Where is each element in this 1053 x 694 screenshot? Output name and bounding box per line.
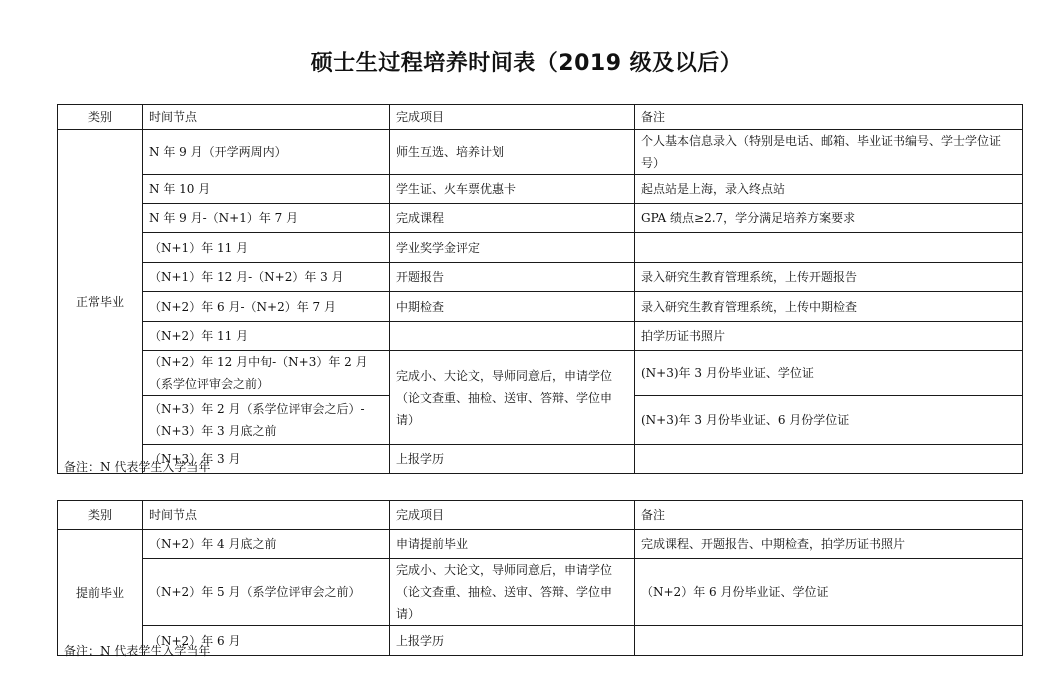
header-category: 类别	[58, 501, 143, 530]
page-title: 硕士生过程培养时间表（2019 级及以后）	[0, 49, 1053, 79]
item-cell: 完成课程	[390, 204, 635, 233]
time-cell: （N+3）年 2 月（系学位评审会之后）-（N+3）年 3 月底之前	[143, 396, 390, 445]
time-cell: （N+2）年 6 月-（N+2）年 7 月	[143, 292, 390, 322]
header-note: 备注	[635, 501, 1023, 530]
table-row: （N+2）年 6 月-（N+2）年 7 月 中期检查 录入研究生教育管理系统，上…	[58, 292, 1023, 322]
category-cell: 提前毕业	[58, 530, 143, 656]
footnote: 备注：N 代表学生入学当年	[64, 643, 210, 659]
note-cell: (N+3)年 3 月份毕业证、6 月份学位证	[635, 396, 1023, 445]
item-cell: 学生证、火车票优惠卡	[390, 175, 635, 204]
note-cell	[635, 233, 1023, 263]
note-cell: （N+2）年 6 月份毕业证、学位证	[635, 559, 1023, 626]
item-cell: 师生互选、培养计划	[390, 130, 635, 175]
table-row: N 年 10 月 学生证、火车票优惠卡 起点站是上海，录入终点站	[58, 175, 1023, 204]
note-cell: 录入研究生教育管理系统，上传中期检查	[635, 292, 1023, 322]
table-row: 正常毕业 N 年 9 月（开学两周内） 师生互选、培养计划 个人基本信息录入（特…	[58, 130, 1023, 175]
item-cell: 完成小、大论文，导师同意后，申请学位（论文查重、抽检、送审、答辩、学位申请）	[390, 559, 635, 626]
time-cell: （N+2）年 11 月	[143, 322, 390, 351]
time-cell: （N+2）年 5 月（系学位评审会之前）	[143, 559, 390, 626]
table-header-row: 类别 时间节点 完成项目 备注	[58, 501, 1023, 530]
note-cell	[635, 445, 1023, 474]
note-cell: 个人基本信息录入（特别是电话、邮箱、毕业证书编号、学士学位证号）	[635, 130, 1023, 175]
item-cell: 申请提前毕业	[390, 530, 635, 559]
item-cell: 完成小、大论文，导师同意后，申请学位（论文查重、抽检、送审、答辩、学位申请）	[390, 351, 635, 445]
note-cell: 拍学历证书照片	[635, 322, 1023, 351]
header-time: 时间节点	[143, 501, 390, 530]
table-row: （N+1）年 12 月-（N+2）年 3 月 开题报告 录入研究生教育管理系统，…	[58, 263, 1023, 292]
item-cell: 上报学历	[390, 626, 635, 656]
header-item: 完成项目	[390, 105, 635, 130]
note-cell: 完成课程、开题报告、中期检查，拍学历证书照片	[635, 530, 1023, 559]
item-cell: 中期检查	[390, 292, 635, 322]
note-cell: GPA 绩点≥2.7，学分满足培养方案要求	[635, 204, 1023, 233]
note-cell: 起点站是上海，录入终点站	[635, 175, 1023, 204]
time-cell: N 年 10 月	[143, 175, 390, 204]
table-row: （N+2）年 5 月（系学位评审会之前） 完成小、大论文，导师同意后，申请学位（…	[58, 559, 1023, 626]
item-cell	[390, 322, 635, 351]
table-row: （N+2）年 12 月中旬-（N+3）年 2 月（系学位评审会之前） 完成小、大…	[58, 351, 1023, 396]
note-cell: 录入研究生教育管理系统，上传开题报告	[635, 263, 1023, 292]
time-cell: （N+2）年 4 月底之前	[143, 530, 390, 559]
header-note: 备注	[635, 105, 1023, 130]
time-cell: （N+1）年 12 月-（N+2）年 3 月	[143, 263, 390, 292]
table-row: N 年 9 月-（N+1）年 7 月 完成课程 GPA 绩点≥2.7，学分满足培…	[58, 204, 1023, 233]
table-row: （N+2）年 11 月 拍学历证书照片	[58, 322, 1023, 351]
header-category: 类别	[58, 105, 143, 130]
time-cell: （N+1）年 11 月	[143, 233, 390, 263]
note-cell: (N+3)年 3 月份毕业证、学位证	[635, 351, 1023, 396]
header-time: 时间节点	[143, 105, 390, 130]
note-cell	[635, 626, 1023, 656]
header-item: 完成项目	[390, 501, 635, 530]
normal-graduation-table: 类别 时间节点 完成项目 备注 正常毕业 N 年 9 月（开学两周内） 师生互选…	[57, 104, 1023, 474]
table-row: （N+1）年 11 月 学业奖学金评定	[58, 233, 1023, 263]
footnote: 备注：N 代表学生入学当年	[64, 459, 210, 475]
early-graduation-table: 类别 时间节点 完成项目 备注 提前毕业 （N+2）年 4 月底之前 申请提前毕…	[57, 500, 1023, 656]
table-row: 提前毕业 （N+2）年 4 月底之前 申请提前毕业 完成课程、开题报告、中期检查…	[58, 530, 1023, 559]
time-cell: （N+2）年 12 月中旬-（N+3）年 2 月（系学位评审会之前）	[143, 351, 390, 396]
time-cell: N 年 9 月-（N+1）年 7 月	[143, 204, 390, 233]
table-header-row: 类别 时间节点 完成项目 备注	[58, 105, 1023, 130]
item-cell: 学业奖学金评定	[390, 233, 635, 263]
item-cell: 上报学历	[390, 445, 635, 474]
item-cell: 开题报告	[390, 263, 635, 292]
category-cell: 正常毕业	[58, 130, 143, 474]
time-cell: N 年 9 月（开学两周内）	[143, 130, 390, 175]
